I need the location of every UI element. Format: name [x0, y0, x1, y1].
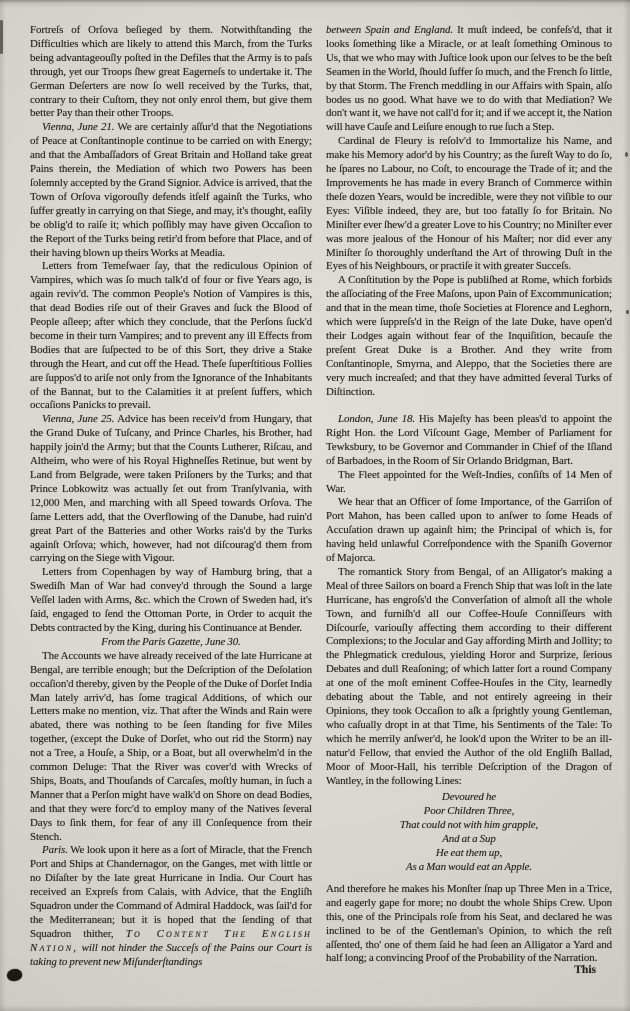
paragraph-london-june18: London, June 18. His Majeſty has been pl… — [326, 413, 612, 469]
verse-line: And at a Sup — [326, 833, 612, 847]
verse-line: That could not with him grapple, — [326, 819, 612, 833]
paragraph-monster: And therefore he makes his Monſter ſnap … — [326, 883, 612, 966]
paragraph-paris: Paris. We look upon it here as a ſort of… — [30, 844, 312, 969]
paragraph-text: A Conſtitution by the Pope is publiſhed … — [326, 274, 612, 397]
dateline: Vienna, June 21. — [42, 121, 114, 133]
paragraph-copenhagen: Letters from Copenhagen by way of Hambur… — [30, 566, 312, 636]
dateline: London, June 18. — [338, 413, 415, 425]
paragraph-vienna-june25: Vienna, June 25. Advice has been receiv'… — [30, 413, 312, 566]
paragraph-text: Cardinal de Fleury is reſolv'd to Immort… — [326, 135, 612, 272]
paragraph-text: And therefore he makes his Monſter ſnap … — [326, 883, 612, 965]
right-column: between Spain and England. It muſt indee… — [326, 24, 612, 970]
catchword: This — [574, 964, 596, 976]
text-columns: Fortreſs of Orſova beſieged by them. Not… — [30, 24, 612, 970]
paragraph-text: Letters from Copenhagen by way of Hambur… — [30, 566, 312, 634]
paragraph-orsova: Fortreſs of Orſova beſieged by them. Not… — [30, 24, 312, 121]
paper-speck — [625, 152, 628, 157]
paragraph-text: We look upon it here as a ſort of Miracl… — [30, 844, 312, 939]
paragraph-fleury: Cardinal de Fleury is reſolv'd to Immort… — [326, 135, 612, 274]
paragraph-text: The romantick Story from Bengal, of an A… — [326, 566, 612, 787]
paper-speck — [626, 310, 629, 314]
verse-line: As a Man would eat an Apple. — [326, 861, 612, 875]
dateline: Paris. — [42, 844, 68, 856]
paragraph-fleet: The Fleet appointed for the Weſt-Indies,… — [326, 469, 612, 497]
paragraph-vienna-june21: Vienna, June 21. We are certainly aſſur'… — [30, 121, 312, 260]
verse-line: Poor Children Three, — [326, 805, 612, 819]
dateline: Vienna, June 25. — [42, 413, 114, 425]
newspaper-page: Fortreſs of Orſova beſieged by them. Not… — [0, 0, 630, 1011]
gazette-heading: From the Paris Gazette, June 30. — [30, 636, 312, 650]
paragraph-hurricane-bengal: The Accounts we have already received of… — [30, 650, 312, 845]
paragraph-port-mahon: We hear that an Officer of ſome Importan… — [326, 496, 612, 566]
verse-line: He eat them up, — [326, 847, 612, 861]
paragraph-text: Fortreſs of Orſova beſieged by them. Not… — [30, 24, 312, 119]
paragraph-text: Letters from Temeſwaer ſay, that the red… — [30, 260, 312, 411]
verse-line: Devoured he — [326, 791, 612, 805]
paragraph-spain-england: between Spain and England. It muſt indee… — [326, 24, 612, 135]
verse-block: Devoured he Poor Children Three, That co… — [326, 791, 612, 874]
paragraph-lead: between Spain and England. — [326, 24, 453, 36]
ink-blot — [6, 967, 23, 982]
paragraph-text: We are certainly aſſur'd that the Negoti… — [30, 121, 312, 258]
paragraph-text: It muſt indeed, be confeſs'd, that it lo… — [326, 24, 612, 133]
paragraph-freemasons: A Conſtitution by the Pope is publiſhed … — [326, 274, 612, 399]
paragraph-text: The Accounts we have already received of… — [30, 650, 312, 843]
paragraph-text: The Fleet appointed for the Weſt-Indies,… — [326, 469, 612, 495]
left-column: Fortreſs of Orſova beſieged by them. Not… — [30, 24, 312, 970]
paragraph-text: Advice has been receiv'd from Hungary, t… — [30, 413, 312, 564]
paragraph-text: We hear that an Officer of ſome Importan… — [326, 496, 612, 564]
paragraph-alligator: The romantick Story from Bengal, of an A… — [326, 566, 612, 789]
scan-edge-mark — [0, 20, 3, 54]
paragraph-vampires: Letters from Temeſwaer ſay, that the red… — [30, 260, 312, 413]
